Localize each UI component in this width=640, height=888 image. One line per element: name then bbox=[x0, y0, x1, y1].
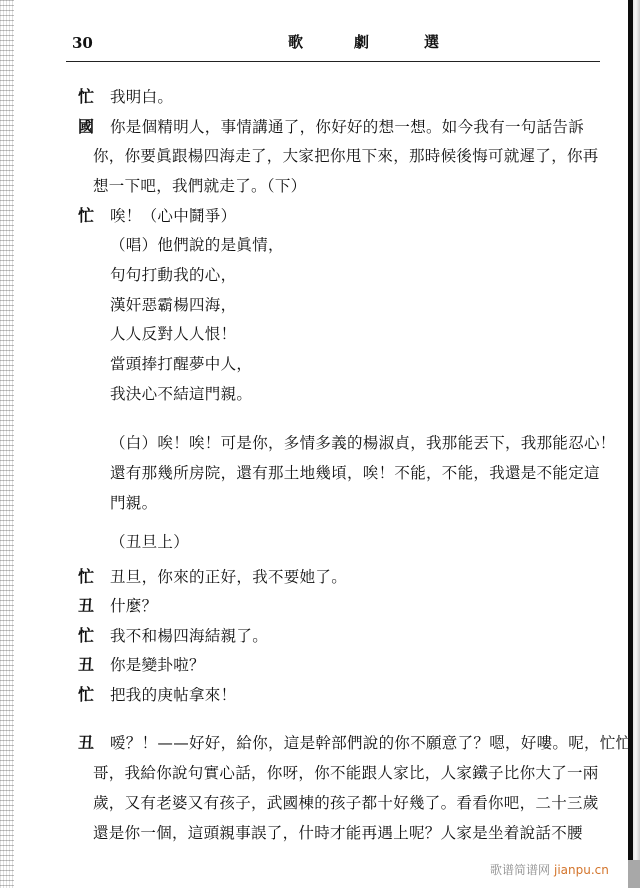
scan-edge-corner bbox=[628, 860, 640, 888]
speaker-label: 忙 bbox=[78, 625, 94, 647]
dialogue-line: 嗳？！——好好，給你，這是幹部們說的你不願意了？嗯，好嘍。呢，忙忙 bbox=[110, 732, 631, 754]
running-title-char: 劇 bbox=[354, 31, 369, 52]
speaker-label: 國 bbox=[78, 116, 94, 138]
lyric-or-stage-line: 人人反對人人恨！ bbox=[110, 323, 236, 345]
dialogue-continuation: 歲，又有老婆又有孩子，武國棟的孩子都十好幾了。看看你吧，二十三歲 bbox=[93, 792, 599, 814]
dialogue-continuation: 你，你要眞跟楊四海走了，大家把你甩下來，那時候後悔可就遲了，你再 bbox=[93, 145, 599, 167]
speaker-label: 丑 bbox=[78, 654, 94, 676]
lyric-or-stage-line: 當頭捧打醒夢中人， bbox=[110, 353, 252, 375]
speaker-label: 丑 bbox=[78, 595, 94, 617]
watermark: 歌谱简谱网jianpu.cn bbox=[490, 861, 609, 878]
dialogue-continuation: 哥，我給你說句實心話，你呀，你不能跟人家比，人家鐵子比你大了一兩 bbox=[93, 762, 599, 784]
dialogue-line: 我不和楊四海結親了。 bbox=[110, 625, 268, 647]
speaker-label: 忙 bbox=[78, 684, 94, 706]
watermark-site-name: 歌谱简谱网 bbox=[490, 863, 550, 877]
lyric-or-stage-line: （唱）他們說的是眞情， bbox=[110, 234, 284, 256]
lyric-or-stage-line: 還有那幾所房院，還有那土地幾頃，唉！不能，不能，我還是不能定這 bbox=[110, 462, 600, 484]
speaker-label: 忙 bbox=[78, 566, 94, 588]
lyric-or-stage-line: 漢奸惡霸楊四海， bbox=[110, 294, 236, 316]
scan-edge-right bbox=[633, 0, 640, 888]
speaker-label: 丑 bbox=[78, 732, 94, 754]
lyric-or-stage-line: 句句打動我的心， bbox=[110, 264, 236, 286]
dialogue-continuation: 想一下吧，我們就走了。（下） bbox=[93, 175, 306, 197]
dialogue-line: 丑旦，你來的正好，我不要她了。 bbox=[110, 566, 347, 588]
dialogue-line: 什麼？ bbox=[110, 595, 157, 617]
dialogue-line: 把我的庚帖拿來！ bbox=[110, 684, 236, 706]
lyric-or-stage-line: （白）唉！唉！可是你，多情多義的楊淑貞，我那能丟下，我那能忍心！ bbox=[110, 432, 616, 454]
speaker-label: 忙 bbox=[78, 86, 94, 108]
dialogue-line: 唉！（心中鬪爭） bbox=[110, 205, 236, 227]
dialogue-line: 你是個精明人，事情講通了，你好好的想一想。如今我有一句話告訴 bbox=[110, 116, 584, 138]
dialogue-line: 我明白。 bbox=[110, 86, 173, 108]
lyric-or-stage-line: 我決心不結這門親。 bbox=[110, 383, 252, 405]
lyric-or-stage-line: 門親。 bbox=[110, 492, 157, 514]
running-title-char: 歌 bbox=[288, 31, 303, 52]
header-rule bbox=[66, 61, 600, 62]
dialogue-line: 你是變卦啦？ bbox=[110, 654, 205, 676]
running-title-char: 選 bbox=[424, 31, 439, 52]
lyric-or-stage-line: （丑旦上） bbox=[110, 531, 189, 553]
page-number: 30 bbox=[72, 34, 93, 52]
speaker-label: 忙 bbox=[78, 205, 94, 227]
page-header: 30 歌 劇 選 bbox=[0, 0, 640, 70]
watermark-domain: jianpu.cn bbox=[554, 863, 609, 877]
scan-edge-left bbox=[0, 0, 14, 888]
dialogue-continuation: 還是你一個，這頭親事誤了，什時才能再遇上呢？人家是坐着說話不腰 bbox=[93, 822, 583, 844]
